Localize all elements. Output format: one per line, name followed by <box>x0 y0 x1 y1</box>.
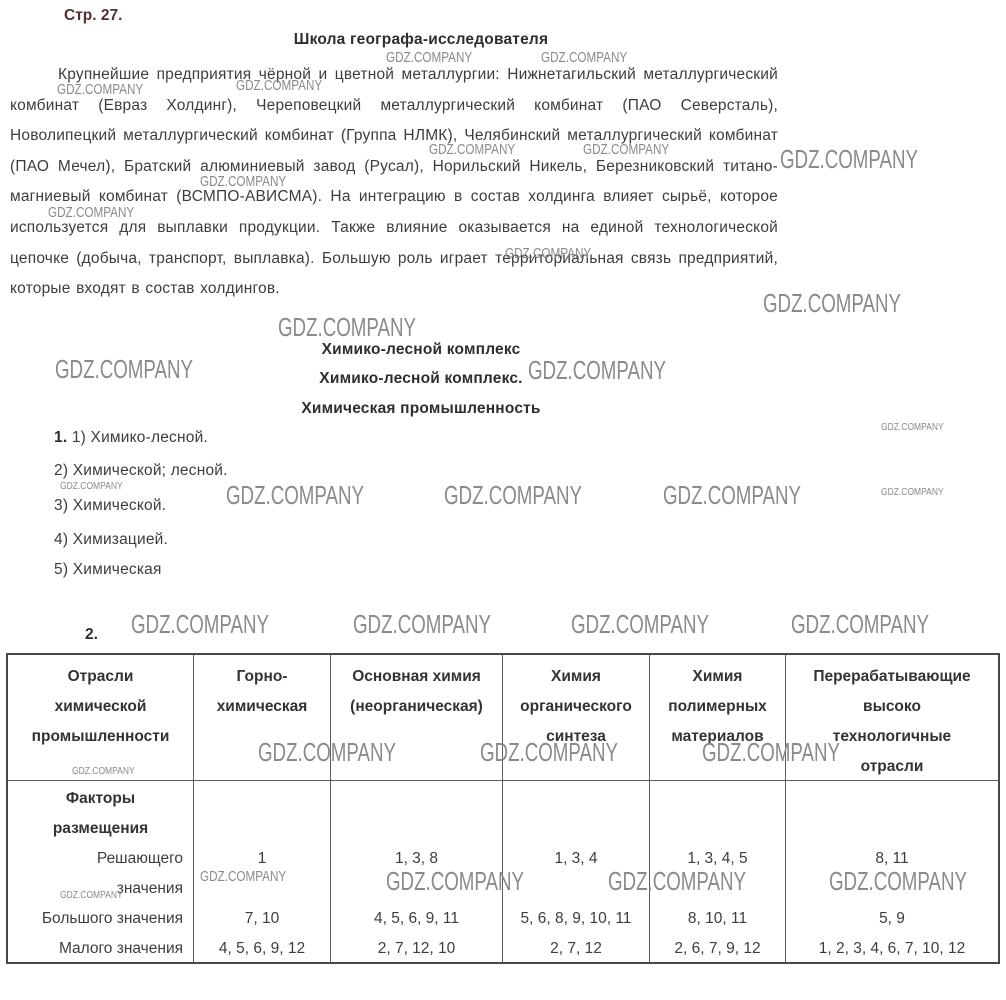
row-label: Решающего <box>8 844 193 874</box>
q1-item-3: 3) Химической. <box>54 497 166 515</box>
watermark: GDZ.COMPANY <box>353 611 491 637</box>
watermark: GDZ.COMPANY <box>278 314 416 340</box>
header-line: органического <box>503 692 649 722</box>
header-line: полимерных <box>650 692 785 722</box>
watermark: GDZ.COMPANY <box>200 174 286 189</box>
watermark: GDZ.COMPANY <box>429 142 515 157</box>
watermark: GDZ.COMPANY <box>57 82 143 97</box>
cell-value: 2, 7, 12, 10 <box>331 934 502 964</box>
q1-item-4: 4) Химизацией. <box>54 531 168 549</box>
watermark: GDZ.COMPANY <box>236 78 322 93</box>
header-cell-branches: Отрасли химической промышленности <box>8 655 193 780</box>
watermark: GDZ.COMPANY <box>200 869 286 884</box>
watermark: GDZ.COMPANY <box>258 739 396 765</box>
watermark: GDZ.COMPANY <box>60 891 123 901</box>
watermark: GDZ.COMPANY <box>386 868 524 894</box>
cell-value: 4, 5, 6, 9, 11 <box>331 904 502 934</box>
watermark: GDZ.COMPANY <box>541 50 627 65</box>
cell-value: 8, 10, 11 <box>650 904 785 934</box>
q2-number: 2. <box>85 626 98 644</box>
watermark: GDZ.COMPANY <box>608 868 746 894</box>
row-group-label: размещения <box>8 814 193 844</box>
q1-item-1: 1. 1) Химико-лесной. <box>54 429 208 447</box>
header-line: Химия <box>503 662 649 692</box>
heading-chemical-industry: Химическая промышленность <box>0 400 842 418</box>
header-line: (неорганическая) <box>331 692 502 722</box>
page-label: Стр. 27. <box>64 7 122 25</box>
header-line: Перерабатывающие <box>786 662 998 692</box>
document-page: { "page": { "label": "Стр. 27." }, "wate… <box>0 0 1006 1000</box>
q1-number: 1. <box>54 429 67 446</box>
q1-item-1-text: 1) Химико-лесной. <box>72 429 208 446</box>
header-line: Горно- <box>194 662 330 692</box>
cell-value: 5, 6, 8, 9, 10, 11 <box>503 904 649 934</box>
header-line: химической <box>8 692 193 722</box>
q1-item-5: 5) Химическая <box>54 561 162 579</box>
chemical-industry-factors-table: Отрасли химической промышленности Горно-… <box>6 653 1000 964</box>
watermark: GDZ.COMPANY <box>829 868 967 894</box>
watermark: GDZ.COMPANY <box>528 357 666 383</box>
watermark: GDZ.COMPANY <box>480 739 618 765</box>
header-line: химическая <box>194 692 330 722</box>
watermark: GDZ.COMPANY <box>583 142 669 157</box>
cell-value: 2, 7, 12 <box>503 934 649 964</box>
header-line: Основная химия <box>331 662 502 692</box>
watermark: GDZ.COMPANY <box>881 423 944 433</box>
cell-value: 5, 9 <box>786 904 998 934</box>
watermark: GDZ.COMPANY <box>226 482 364 508</box>
watermark: GDZ.COMPANY <box>72 767 135 777</box>
watermark: GDZ.COMPANY <box>48 205 134 220</box>
watermark: GDZ.COMPANY <box>444 482 582 508</box>
header-line: Отрасли <box>8 662 193 692</box>
cell-value: 4, 5, 6, 9, 12 <box>194 934 330 964</box>
watermark: GDZ.COMPANY <box>791 611 929 637</box>
watermark: GDZ.COMPANY <box>881 488 944 498</box>
watermark: GDZ.COMPANY <box>60 482 123 492</box>
body-cell-factor-labels: Факторы размещения Решающего значения Бо… <box>8 781 193 962</box>
header-line: Химия <box>650 662 785 692</box>
watermark: GDZ.COMPANY <box>571 611 709 637</box>
watermark: GDZ.COMPANY <box>763 290 901 316</box>
row-label: Большого значения <box>8 904 193 934</box>
q1-item-2: 2) Химической; лесной. <box>54 462 228 480</box>
watermark: GDZ.COMPANY <box>131 611 269 637</box>
cell-value: 2, 6, 7, 9, 12 <box>650 934 785 964</box>
cell-value: 1, 2, 3, 4, 6, 7, 10, 12 <box>786 934 998 964</box>
header-line: высоко <box>786 692 998 722</box>
cell-value: 7, 10 <box>194 904 330 934</box>
watermark: GDZ.COMPANY <box>55 356 193 382</box>
header-line: промышленности <box>8 722 193 752</box>
watermark: GDZ.COMPANY <box>663 482 801 508</box>
watermark: GDZ.COMPANY <box>702 739 840 765</box>
watermark: GDZ.COMPANY <box>386 50 472 65</box>
research-school-heading: Школа географа-исследователя <box>0 31 842 49</box>
row-group-label: Факторы <box>8 784 193 814</box>
row-label: Малого значения <box>8 934 193 964</box>
watermark: GDZ.COMPANY <box>780 146 918 172</box>
watermark: GDZ.COMPANY <box>505 246 591 261</box>
